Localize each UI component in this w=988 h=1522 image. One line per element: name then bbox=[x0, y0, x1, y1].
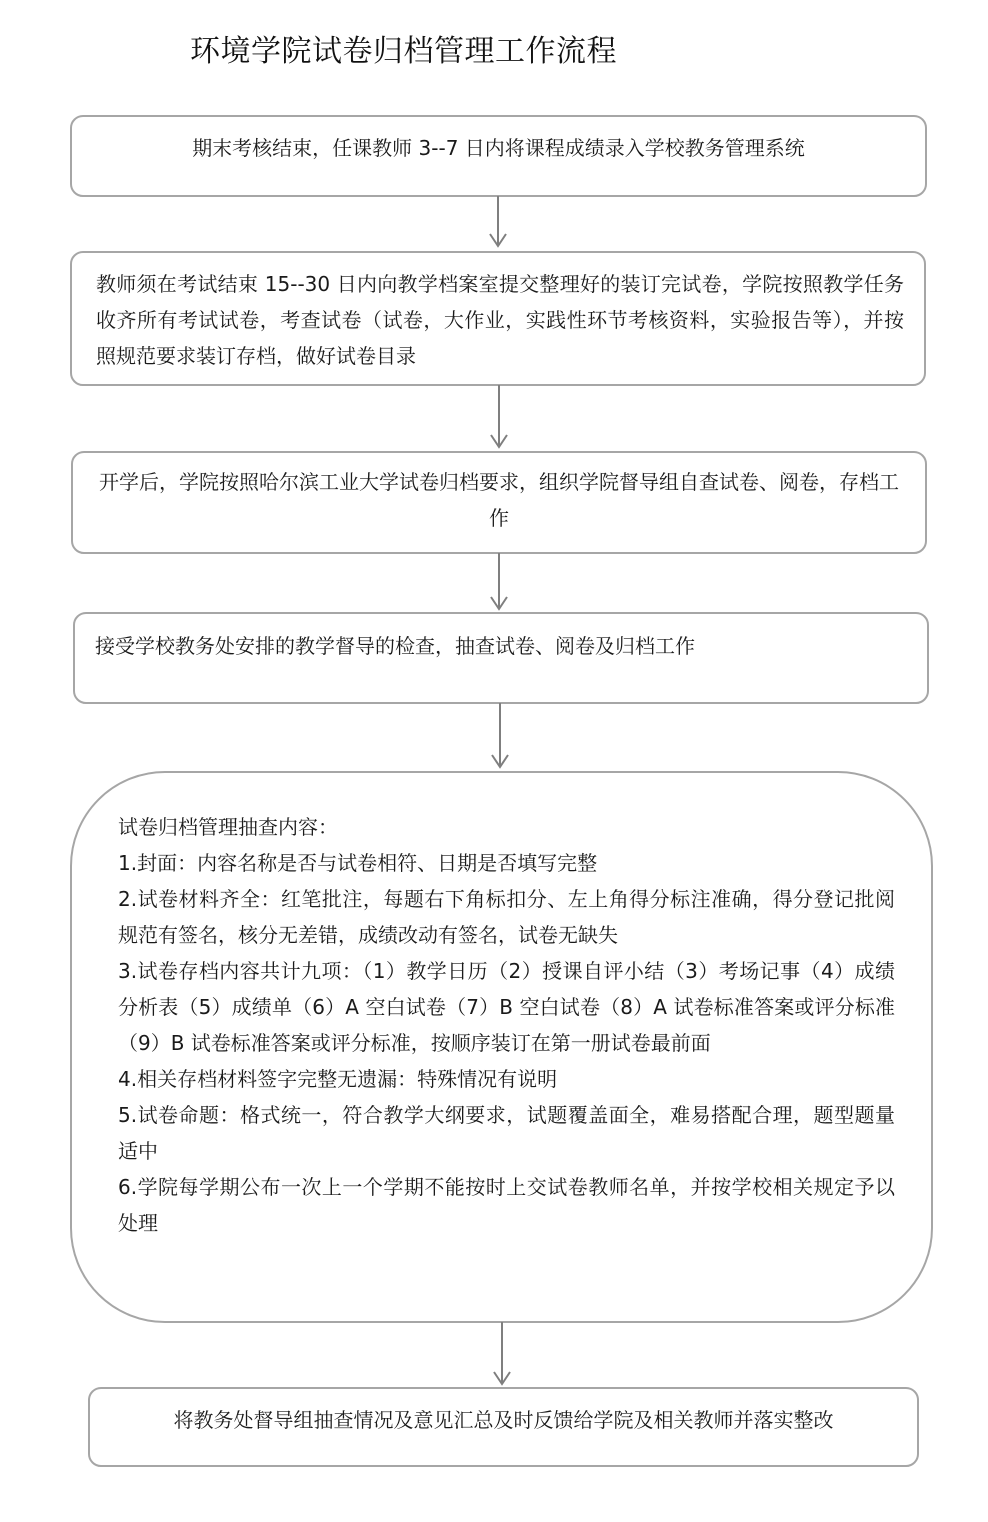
step-2-text: 教师须在考试结束 15--30 日内向教学档案室提交整理好的装订完试卷，学院按照… bbox=[96, 266, 904, 374]
checklist-item-1: 1.封面：内容名称是否与试卷相符、日期是否填写完整 bbox=[118, 845, 895, 881]
flow-step-4: 接受学校教务处安排的教学督导的检查，抽查试卷、阅卷及归档工作 bbox=[73, 612, 929, 704]
step-6-text: 将教务处督导组抽查情况及意见汇总及时反馈给学院及相关教师并落实整改 bbox=[90, 1402, 917, 1438]
step-4-text: 接受学校教务处安排的教学督导的检查，抽查试卷、阅卷及归档工作 bbox=[95, 628, 907, 664]
step-3-text: 开学后，学院按照哈尔滨工业大学试卷归档要求，组织学院督导组自查试卷、阅卷，存档工… bbox=[91, 464, 907, 536]
checklist-item-2: 2.试卷材料齐全：红笔批注，每题右下角标扣分、左上角得分标注准确，得分登记批阅规… bbox=[118, 881, 895, 953]
flow-step-6: 将教务处督导组抽查情况及意见汇总及时反馈给学院及相关教师并落实整改 bbox=[88, 1387, 919, 1467]
flow-step-2: 教师须在考试结束 15--30 日内向教学档案室提交整理好的装订完试卷，学院按照… bbox=[70, 251, 926, 386]
flow-step-5-checklist: 试卷归档管理抽查内容： 1.封面：内容名称是否与试卷相符、日期是否填写完整 2.… bbox=[70, 771, 933, 1323]
arrow-down-icon bbox=[486, 196, 510, 248]
arrow-down-icon bbox=[487, 385, 511, 449]
checklist-item-6: 6.学院每学期公布一次上一个学期不能按时上交试卷教师名单，并按学校相关规定予以处… bbox=[118, 1169, 895, 1241]
arrow-down-icon bbox=[490, 1322, 514, 1386]
checklist-item-5: 5.试卷命题：格式统一，符合教学大纲要求，试题覆盖面全，难易搭配合理，题型题量适… bbox=[118, 1097, 895, 1169]
arrow-down-icon bbox=[487, 553, 511, 611]
checklist-item-3: 3.试卷存档内容共计九项：（1）教学日历（2）授课自评小结（3）考场记事（4）成… bbox=[118, 953, 895, 1061]
arrow-down-icon bbox=[488, 703, 512, 769]
flow-step-1: 期末考核结束，任课教师 3--7 日内将课程成绩录入学校教务管理系统 bbox=[70, 115, 927, 197]
checklist-heading: 试卷归档管理抽查内容： bbox=[118, 809, 895, 845]
checklist-item-4: 4.相关存档材料签字完整无遗漏：特殊情况有说明 bbox=[118, 1061, 895, 1097]
step-1-text: 期末考核结束，任课教师 3--7 日内将课程成绩录入学校教务管理系统 bbox=[72, 130, 925, 166]
flow-step-3: 开学后，学院按照哈尔滨工业大学试卷归档要求，组织学院督导组自查试卷、阅卷，存档工… bbox=[71, 451, 927, 554]
page-title: 环境学院试卷归档管理工作流程 bbox=[190, 30, 617, 74]
